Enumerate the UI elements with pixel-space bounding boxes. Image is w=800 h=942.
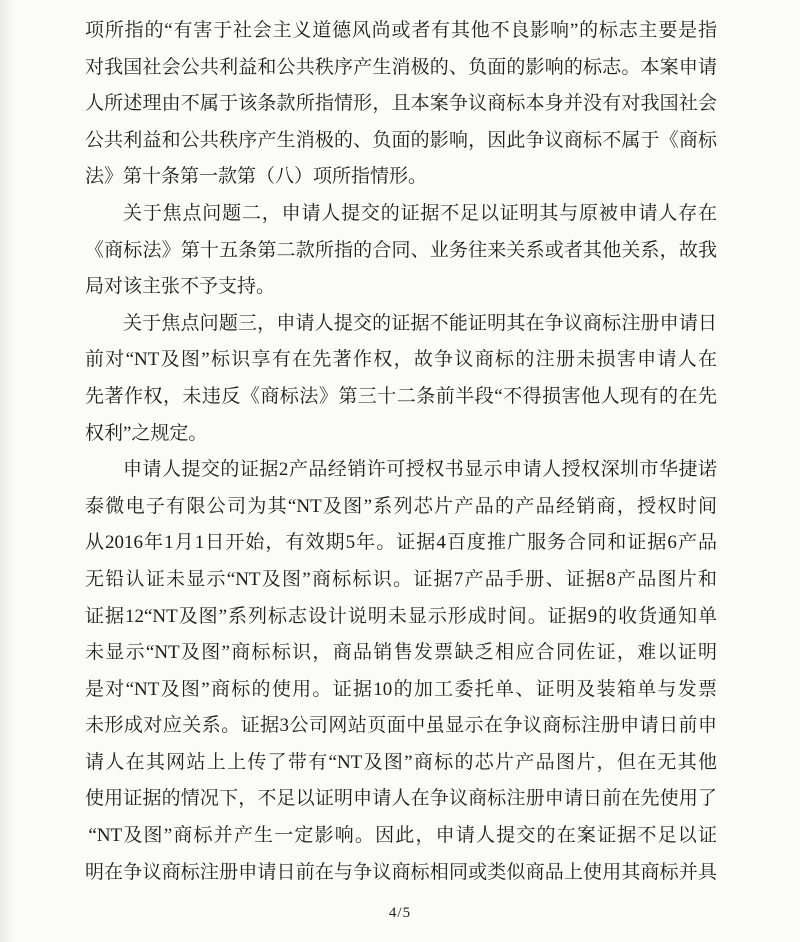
text-line: 泰微电子有限公司为其“NT及图”系列芯片产品的产品经销商，授权时间	[85, 489, 717, 526]
text-line: 请人在其网站上上传了带有“NT及图”商标的芯片产品图片，但在无其他	[85, 745, 717, 782]
text-line: “NT及图”商标并产生一定影响。因此，申请人提交的在案证据不足以证	[85, 818, 717, 855]
text-line: 先著作权，未违反《商标法》第三十二条前半段“不得损害他人现有的在先	[85, 379, 717, 416]
text-line: 人所述理由不属于该条款所指情形，且本案争议商标本身并没有对我国社会	[85, 86, 717, 123]
text-line: 关于焦点问题二，申请人提交的证据不足以证明其与原被申请人存在	[85, 196, 717, 233]
text-line: 是对“NT及图”商标的使用。证据10的加工委托单、证明及装箱单与发票	[85, 672, 717, 709]
text-line: 局对该主张不予支持。	[85, 269, 717, 306]
text-line: 申请人提交的证据2产品经销许可授权书显示申请人授权深圳市华捷诺	[85, 452, 717, 489]
text-line: 前对“NT及图”标识享有在先著作权，故争议商标的注册未损害申请人在	[85, 342, 717, 379]
text-line: 从2016年1月1日开始，有效期5年。证据4百度推广服务合同和证据6产品SGS	[85, 525, 717, 562]
text-line: 法》第十条第一款第（八）项所指情形。	[85, 159, 717, 196]
text-line: 项所指的“有害于社会主义道德风尚或者有其他不良影响”的标志主要是指	[85, 13, 717, 50]
text-line: 对我国社会公共利益和公共秩序产生消极的、负面的影响的标志。本案申请	[85, 50, 717, 87]
document-body: 项所指的“有害于社会主义道德风尚或者有其他不良影响”的标志主要是指 对我国社会公…	[85, 13, 717, 891]
scanned-document-page: 项所指的“有害于社会主义道德风尚或者有其他不良影响”的标志主要是指 对我国社会公…	[0, 0, 800, 942]
text-line: 明在争议商标注册申请日前在与争议商标相同或类似商品上使用其商标并具	[85, 855, 717, 892]
page-number: 4/5	[0, 905, 800, 922]
text-line: 关于焦点问题三，申请人提交的证据不能证明其在争议商标注册申请日	[85, 306, 717, 343]
text-line: 公共利益和公共秩序产生消极的、负面的影响，因此争议商标不属于《商标	[85, 123, 717, 160]
text-line: 未形成对应关系。证据3公司网站页面中虽显示在争议商标注册申请日前申	[85, 708, 717, 745]
text-line: 未显示“NT及图”商标标识，商品销售发票缺乏相应合同佐证，难以证明	[85, 635, 717, 672]
text-line: 权利”之规定。	[85, 416, 717, 453]
text-line: 证据12“NT及图”系列标志设计说明未显示形成时间。证据9的收货通知单	[85, 599, 717, 636]
text-line: 《商标法》第十五条第二款所指的合同、业务往来关系或者其他关系，故我	[85, 233, 717, 270]
text-line: 使用证据的情况下，不足以证明申请人在争议商标注册申请日前在先使用了	[85, 781, 717, 818]
text-line: 无铅认证未显示“NT及图”商标标识。证据7产品手册、证据8产品图片和	[85, 562, 717, 599]
